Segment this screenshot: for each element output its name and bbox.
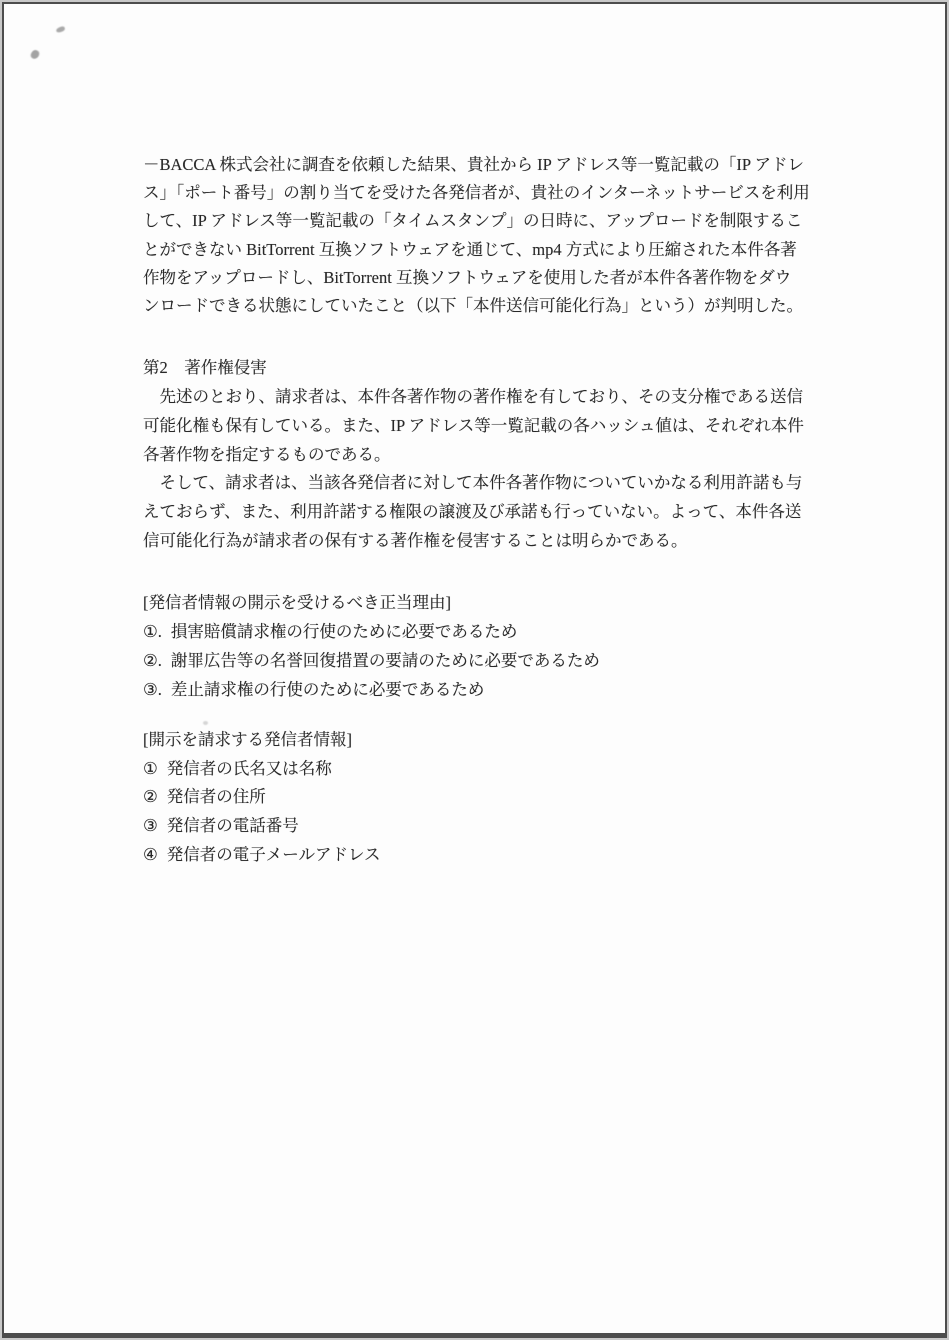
list-item: ②発信者の住所 [143,783,822,812]
text-line: 信可能化行為が請求者の保有する著作権を侵害することは明らかである。 [143,527,822,556]
document-body: －BACCA 株式会社に調査を依頼した結果、貴社から IP アドレス等一覧記載の… [143,151,822,870]
text-line: 作物をアップロードし、BitTorrent 互換ソフトウェアを使用した者が本件各… [143,264,822,292]
item-number: ① [143,755,158,784]
item-number: ② [143,783,158,812]
list-item: ②.謝罪広告等の名誉回復措置の要請のために必要であるため [143,646,822,675]
paragraph-rights-ownership: 先述のとおり、請求者は、本件各著作物の著作権を有しており、その支分権である送信 … [143,383,822,469]
item-number: ③ [143,812,158,841]
text-line: ンロードできる状態にしていたこと（以下「本件送信可能化行為」という）が判明した。 [143,292,822,320]
section-2-copyright-infringement: 第2 著作権侵害 先述のとおり、請求者は、本件各著作物の著作権を有しており、その… [143,354,822,556]
item-text: 発信者の電子メールアドレス [167,845,381,864]
list-item: ③.差止請求権の行使のために必要であるため [143,675,822,704]
item-text: 発信者の電話番号 [167,816,299,835]
scan-dust-speck [55,26,65,34]
scan-dust-speck [28,49,41,60]
item-number: ③. [143,675,162,704]
text-line: とができない BitTorrent 互換ソフトウェアを通じて、mp4 方式により… [143,236,822,264]
text-line: －BACCA 株式会社に調査を依頼した結果、貴社から IP アドレス等一覧記載の… [143,151,822,179]
list-item: ①発信者の氏名又は名称 [143,755,822,784]
text-line: そして、請求者は、当該各発信者に対して本件各著作物についていかなる利用許諾も与 [143,469,822,498]
text-line: 各著作物を指定するものである。 [143,441,822,470]
list-item: ④発信者の電子メールアドレス [143,841,822,870]
section-heading: 第2 著作権侵害 [143,354,822,383]
item-number: ①. [143,617,162,646]
item-text: 発信者の住所 [167,787,266,806]
paragraph-investigation-result: －BACCA 株式会社に調査を依頼した結果、貴社から IP アドレス等一覧記載の… [143,151,822,320]
text-line: えておらず、また、利用許諾する権限の譲渡及び承諾も行っていない。よって、本件各送 [143,498,822,527]
requested-sender-info-section: [開示を請求する発信者情報] ①発信者の氏名又は名称 ②発信者の住所 ③発信者の… [143,726,822,870]
item-number: ②. [143,646,162,675]
item-number: ④ [143,841,158,870]
justifiable-grounds-section: [発信者情報の開示を受けるべき正当理由] ①.損害賠償請求権の行使のために必要で… [143,588,822,704]
heading-justifiable-grounds: [発信者情報の開示を受けるべき正当理由] [143,588,822,617]
list-item: ③発信者の電話番号 [143,812,822,841]
item-text: 発信者の氏名又は名称 [167,759,332,778]
list-item: ①.損害賠償請求権の行使のために必要であるため [143,617,822,646]
text-line: 可能化権も保有している。また、IP アドレス等一覧記載の各ハッシュ値は、それぞれ… [143,412,822,441]
paragraph-no-license-granted: そして、請求者は、当該各発信者に対して本件各著作物についていかなる利用許諾も与 … [143,469,822,555]
item-text: 差止請求権の行使のために必要であるため [171,680,485,699]
text-line: 先述のとおり、請求者は、本件各著作物の著作権を有しており、その支分権である送信 [143,383,822,412]
heading-requested-sender-info: [開示を請求する発信者情報] [143,726,822,755]
item-text: 謝罪広告等の名誉回復措置の要請のために必要であるため [171,651,600,670]
scanned-document-page: －BACCA 株式会社に調査を依頼した結果、貴社から IP アドレス等一覧記載の… [2,2,947,1338]
item-text: 損害賠償請求権の行使のために必要であるため [171,622,518,641]
text-line: して、IP アドレス等一覧記載の「タイムスタンプ」の日時に、アップロードを制限す… [143,207,822,235]
text-line: ス」「ポート番号」の割り当てを受けた各発信者が、貴社のインターネットサービスを利… [143,179,822,207]
